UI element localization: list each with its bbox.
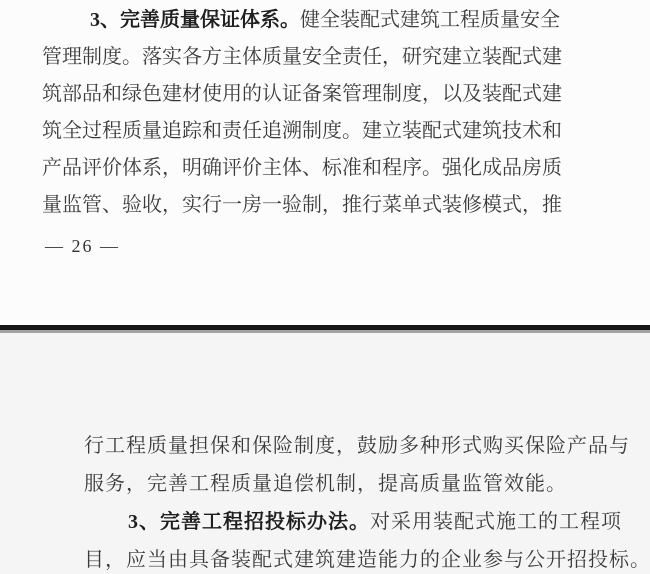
scanned-document-view: 3、完善质量保证体系。健全装配式建筑工程质量安全 管理制度。落实各方主体质量安全…: [0, 0, 650, 574]
text-line: 3、完善质量保证体系。健全装配式建筑工程质量安全: [42, 2, 566, 39]
paragraph-quality-assurance: 3、完善质量保证体系。健全装配式建筑工程质量安全 管理制度。落实各方主体质量安全…: [42, 2, 566, 224]
page-break-divider: [0, 325, 650, 333]
heading-bidding-method: 3、完善工程招投标办法。: [128, 511, 370, 533]
text-run: 对采用装配式施工的工程项: [370, 511, 622, 533]
text-line: 产品评价体系，明确评价主体、标准和程序。强化成品房质: [42, 150, 566, 187]
bottom-page: 行工程质量担保和保险制度，鼓励多种形式购买保险产品与 服务，完善工程质量追偿机制…: [0, 333, 650, 574]
text-line: 服务，完善工程质量追偿机制，提高质量监管效能。: [84, 465, 640, 503]
text-run: 健全装配式建筑工程质量安全: [300, 9, 560, 31]
text-line: 3、完善工程招投标办法。对采用装配式施工的工程项: [84, 503, 640, 541]
top-page: 3、完善质量保证体系。健全装配式建筑工程质量安全 管理制度。落实各方主体质量安全…: [0, 0, 650, 325]
text-line: 目，应当由具备装配式建筑建造能力的企业参与公开招投标。: [84, 541, 640, 574]
paragraph-bidding-rules: 行工程质量担保和保险制度，鼓励多种形式购买保险产品与 服务，完善工程质量追偿机制…: [84, 427, 640, 574]
text-line: 量监管、验收，实行一房一验制，推行菜单式装修模式，推: [42, 187, 566, 224]
text-line: 管理制度。落实各方主体质量安全责任，研究建立装配式建: [42, 39, 566, 76]
text-line: 筑全过程质量追踪和责任追溯制度。建立装配式建筑技术和: [42, 113, 566, 150]
heading-quality-assurance-system: 3、完善质量保证体系。: [90, 9, 300, 31]
text-line: 行工程质量担保和保险制度，鼓励多种形式购买保险产品与: [84, 427, 640, 465]
page-number: — 26 —: [45, 236, 120, 257]
text-line: 筑部品和绿色建材使用的认证备案管理制度，以及装配式建: [42, 76, 566, 113]
